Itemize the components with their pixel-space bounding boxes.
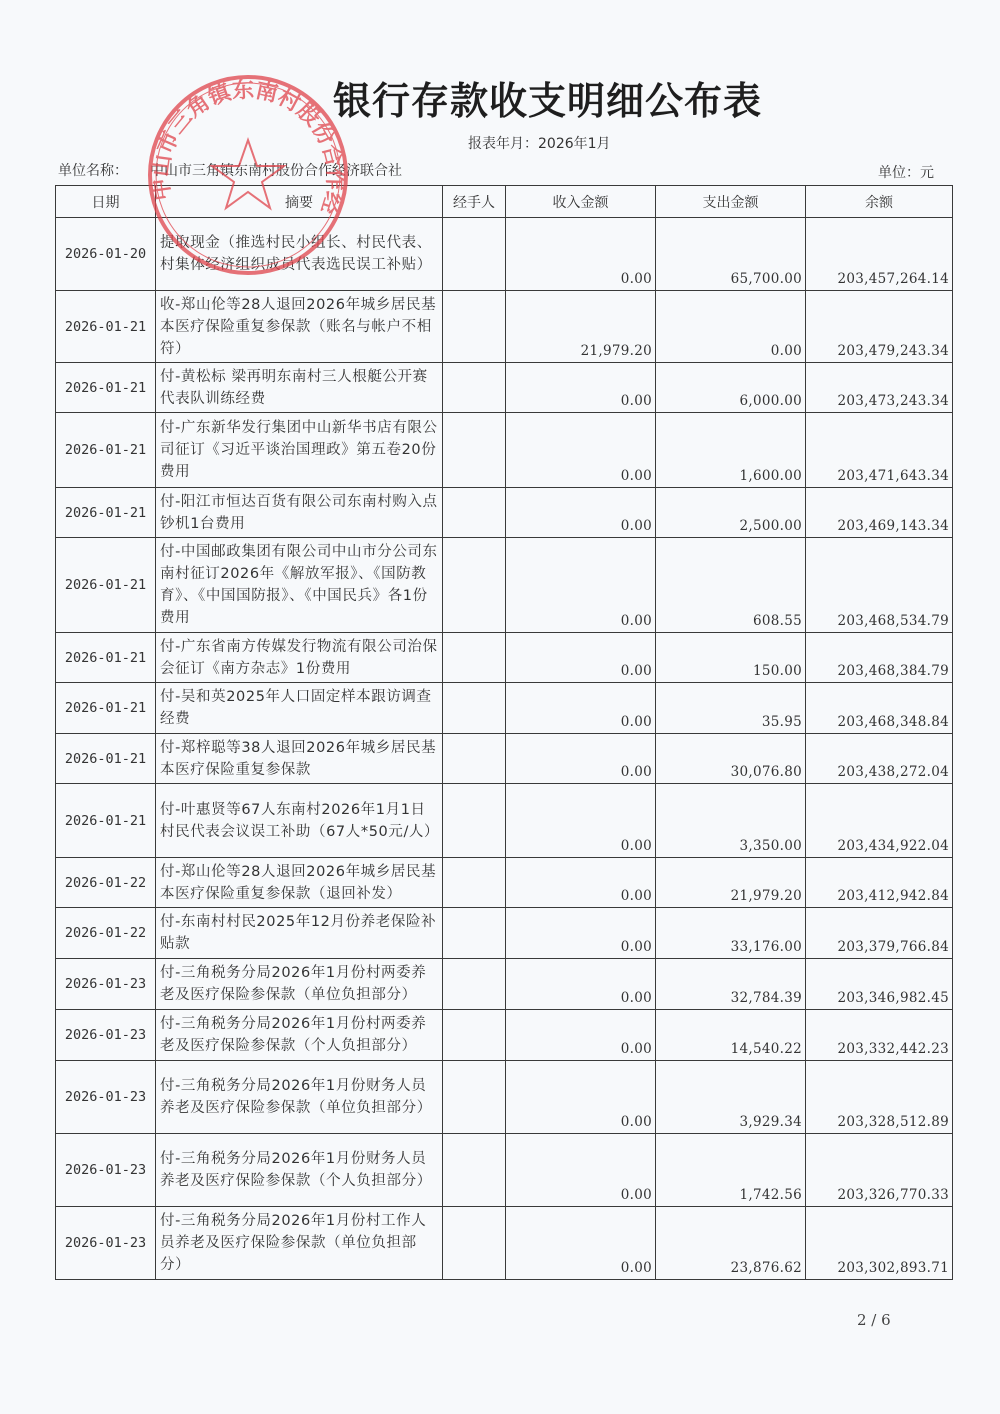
income-cell: 0.00: [506, 683, 656, 734]
table-row: 2026-01-22付-郑山伦等28人退回2026年城乡居民基本医疗保险重复参保…: [56, 858, 953, 908]
date-cell: 2026-01-23: [56, 1061, 156, 1134]
expense-cell: 0.00: [656, 291, 806, 363]
handler-cell: [443, 633, 506, 683]
date-cell: 2026-01-23: [56, 1134, 156, 1207]
table-row: 2026-01-21付-中国邮政集团有限公司中山市分公司东南村征订2026年《解…: [56, 538, 953, 633]
expense-cell: 1,742.56: [656, 1134, 806, 1207]
balance-cell: 203,434,922.04: [806, 784, 953, 858]
balance-cell: 203,302,893.71: [806, 1207, 953, 1280]
expense-cell: 1,600.00: [656, 413, 806, 488]
date-cell: 2026-01-21: [56, 734, 156, 784]
table-row: 2026-01-21付-郑梓聪等38人退回2026年城乡居民基本医疗保险重复参保…: [56, 734, 953, 784]
balance-cell: 203,332,442.23: [806, 1010, 953, 1061]
income-cell: 0.00: [506, 488, 656, 538]
date-cell: 2026-01-21: [56, 488, 156, 538]
table-row: 2026-01-23付-三角税务分局2026年1月份村两委养老及医疗保险参保款（…: [56, 959, 953, 1010]
table-header-row: 日期 摘要 经手人 收入金额 支出金额 余额: [56, 186, 953, 218]
document-title: 银行存款收支明细公布表: [0, 70, 1000, 125]
date-cell: 2026-01-23: [56, 1207, 156, 1280]
income-cell: 0.00: [506, 959, 656, 1010]
handler-cell: [443, 784, 506, 858]
date-cell: 2026-01-21: [56, 633, 156, 683]
summary-cell: 付-黄松标 梁再明东南村三人根艇公开赛代表队训练经费: [156, 363, 443, 413]
handler-cell: [443, 291, 506, 363]
table-row: 2026-01-20提取现金（推选村民小组长、村民代表、村集体经济组织成员代表选…: [56, 218, 953, 291]
date-cell: 2026-01-21: [56, 683, 156, 734]
summary-cell: 付-郑山伦等28人退回2026年城乡居民基本医疗保险重复参保款（退回补发）: [156, 858, 443, 908]
table-row: 2026-01-21付-广东新华发行集团中山新华书店有限公司征订《习近平谈治国理…: [56, 413, 953, 488]
expense-cell: 23,876.62: [656, 1207, 806, 1280]
balance-cell: 203,468,534.79: [806, 538, 953, 633]
income-cell: 0.00: [506, 363, 656, 413]
page-indicator: 2 / 6: [857, 1311, 891, 1329]
unit-name-label: 单位名称：: [58, 160, 128, 180]
date-cell: 2026-01-23: [56, 1010, 156, 1061]
table-row: 2026-01-22付-东南村村民2025年12月份养老保险补贴款0.0033,…: [56, 908, 953, 959]
date-cell: 2026-01-21: [56, 363, 156, 413]
expense-cell: 608.55: [656, 538, 806, 633]
income-cell: 0.00: [506, 1207, 656, 1280]
balance-cell: 203,438,272.04: [806, 734, 953, 784]
date-cell: 2026-01-21: [56, 784, 156, 858]
column-header-expense: 支出金额: [656, 186, 806, 218]
handler-cell: [443, 908, 506, 959]
column-header-handler: 经手人: [443, 186, 506, 218]
balance-cell: 203,469,143.34: [806, 488, 953, 538]
income-cell: 0.00: [506, 1010, 656, 1061]
expense-cell: 35.95: [656, 683, 806, 734]
income-cell: 0.00: [506, 908, 656, 959]
summary-cell: 付-叶惠贤等67人东南村2026年1月1日村民代表会议误工补助（67人*50元/…: [156, 784, 443, 858]
handler-cell: [443, 538, 506, 633]
date-cell: 2026-01-22: [56, 858, 156, 908]
handler-cell: [443, 218, 506, 291]
expense-cell: 14,540.22: [656, 1010, 806, 1061]
balance-cell: 203,328,512.89: [806, 1061, 953, 1134]
summary-cell: 提取现金（推选村民小组长、村民代表、村集体经济组织成员代表选民误工补贴）: [156, 218, 443, 291]
handler-cell: [443, 1207, 506, 1280]
table-row: 2026-01-21付-吴和英2025年人口固定样本跟访调查经费0.0035.9…: [56, 683, 953, 734]
report-period: 报表年月：2026年1月: [468, 133, 611, 153]
summary-cell: 付-三角税务分局2026年1月份财务人员养老及医疗保险参保款（个人负担部分）: [156, 1134, 443, 1207]
date-cell: 2026-01-22: [56, 908, 156, 959]
summary-cell: 付-阳江市恒达百货有限公司东南村购入点钞机1台费用: [156, 488, 443, 538]
handler-cell: [443, 488, 506, 538]
balance-cell: 203,468,348.84: [806, 683, 953, 734]
expense-cell: 2,500.00: [656, 488, 806, 538]
expense-cell: 3,350.00: [656, 784, 806, 858]
table-row: 2026-01-23付-三角税务分局2026年1月份村工作人员养老及医疗保险参保…: [56, 1207, 953, 1280]
table-row: 2026-01-23付-三角税务分局2026年1月份财务人员养老及医疗保险参保款…: [56, 1061, 953, 1134]
currency-unit: 单位：元: [878, 162, 934, 182]
balance-cell: 203,473,243.34: [806, 363, 953, 413]
ledger-body: 2026-01-20提取现金（推选村民小组长、村民代表、村集体经济组织成员代表选…: [56, 218, 953, 1280]
unit-name: 中山市三角镇东南村股份合作经济联合社: [150, 160, 402, 180]
balance-cell: 203,457,264.14: [806, 218, 953, 291]
expense-cell: 32,784.39: [656, 959, 806, 1010]
expense-cell: 65,700.00: [656, 218, 806, 291]
summary-cell: 付-三角税务分局2026年1月份村工作人员养老及医疗保险参保款（单位负担部分）: [156, 1207, 443, 1280]
balance-cell: 203,468,384.79: [806, 633, 953, 683]
balance-cell: 203,479,243.34: [806, 291, 953, 363]
balance-cell: 203,326,770.33: [806, 1134, 953, 1207]
handler-cell: [443, 734, 506, 784]
summary-cell: 付-吴和英2025年人口固定样本跟访调查经费: [156, 683, 443, 734]
expense-cell: 21,979.20: [656, 858, 806, 908]
handler-cell: [443, 959, 506, 1010]
income-cell: 0.00: [506, 734, 656, 784]
income-cell: 21,979.20: [506, 291, 656, 363]
date-cell: 2026-01-21: [56, 413, 156, 488]
balance-cell: 203,379,766.84: [806, 908, 953, 959]
income-cell: 0.00: [506, 538, 656, 633]
income-cell: 0.00: [506, 1134, 656, 1207]
income-cell: 0.00: [506, 858, 656, 908]
ledger-table: 日期 摘要 经手人 收入金额 支出金额 余额 2026-01-20提取现金（推选…: [55, 185, 953, 1280]
income-cell: 0.00: [506, 633, 656, 683]
date-cell: 2026-01-21: [56, 538, 156, 633]
balance-cell: 203,346,982.45: [806, 959, 953, 1010]
income-cell: 0.00: [506, 1061, 656, 1134]
table-row: 2026-01-21付-阳江市恒达百货有限公司东南村购入点钞机1台费用0.002…: [56, 488, 953, 538]
expense-cell: 33,176.00: [656, 908, 806, 959]
column-header-summary: 摘要: [156, 186, 443, 218]
column-header-date: 日期: [56, 186, 156, 218]
handler-cell: [443, 1061, 506, 1134]
summary-cell: 付-郑梓聪等38人退回2026年城乡居民基本医疗保险重复参保款: [156, 734, 443, 784]
column-header-income: 收入金额: [506, 186, 656, 218]
table-row: 2026-01-21付-叶惠贤等67人东南村2026年1月1日村民代表会议误工补…: [56, 784, 953, 858]
handler-cell: [443, 1134, 506, 1207]
income-cell: 0.00: [506, 784, 656, 858]
summary-cell: 付-中国邮政集团有限公司中山市分公司东南村征订2026年《解放军报》、《国防教育…: [156, 538, 443, 633]
date-cell: 2026-01-23: [56, 959, 156, 1010]
balance-cell: 203,412,942.84: [806, 858, 953, 908]
summary-cell: 收-郑山伦等28人退回2026年城乡居民基本医疗保险重复参保款（账名与帐户不相符…: [156, 291, 443, 363]
handler-cell: [443, 1010, 506, 1061]
date-cell: 2026-01-20: [56, 218, 156, 291]
balance-cell: 203,471,643.34: [806, 413, 953, 488]
income-cell: 0.00: [506, 413, 656, 488]
expense-cell: 6,000.00: [656, 363, 806, 413]
expense-cell: 150.00: [656, 633, 806, 683]
table-row: 2026-01-21付-黄松标 梁再明东南村三人根艇公开赛代表队训练经费0.00…: [56, 363, 953, 413]
table-row: 2026-01-21付-广东省南方传媒发行物流有限公司治保会征订《南方杂志》1份…: [56, 633, 953, 683]
handler-cell: [443, 363, 506, 413]
table-row: 2026-01-23付-三角税务分局2026年1月份财务人员养老及医疗保险参保款…: [56, 1134, 953, 1207]
table-row: 2026-01-21收-郑山伦等28人退回2026年城乡居民基本医疗保险重复参保…: [56, 291, 953, 363]
summary-cell: 付-广东新华发行集团中山新华书店有限公司征订《习近平谈治国理政》第五卷20份费用: [156, 413, 443, 488]
handler-cell: [443, 413, 506, 488]
summary-cell: 付-广东省南方传媒发行物流有限公司治保会征订《南方杂志》1份费用: [156, 633, 443, 683]
column-header-balance: 余额: [806, 186, 953, 218]
income-cell: 0.00: [506, 218, 656, 291]
summary-cell: 付-东南村村民2025年12月份养老保险补贴款: [156, 908, 443, 959]
handler-cell: [443, 683, 506, 734]
handler-cell: [443, 858, 506, 908]
table-row: 2026-01-23付-三角税务分局2026年1月份村两委养老及医疗保险参保款（…: [56, 1010, 953, 1061]
summary-cell: 付-三角税务分局2026年1月份村两委养老及医疗保险参保款（单位负担部分）: [156, 959, 443, 1010]
expense-cell: 30,076.80: [656, 734, 806, 784]
summary-cell: 付-三角税务分局2026年1月份财务人员养老及医疗保险参保款（单位负担部分）: [156, 1061, 443, 1134]
summary-cell: 付-三角税务分局2026年1月份村两委养老及医疗保险参保款（个人负担部分）: [156, 1010, 443, 1061]
expense-cell: 3,929.34: [656, 1061, 806, 1134]
date-cell: 2026-01-21: [56, 291, 156, 363]
